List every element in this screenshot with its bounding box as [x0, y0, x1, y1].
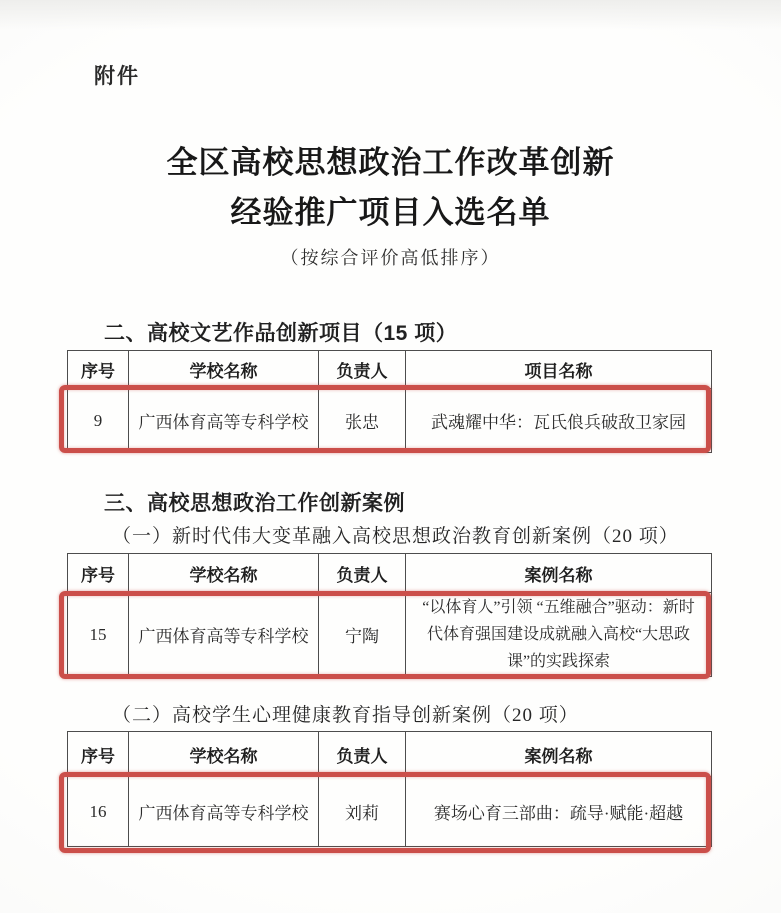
attachment-label: 附件 — [94, 60, 140, 90]
table-row: 9 广西体育高等专科学校 张忠 武魂耀中华：瓦氏俍兵破敌卫家园 — [68, 389, 712, 453]
subsection-2-heading: （二）高校学生心理健康教育指导创新案例（20 项） — [112, 700, 579, 727]
cell-serial: 15 — [68, 593, 129, 677]
table-header-row: 序号 学校名称 负责人 项目名称 — [68, 351, 712, 389]
cell-school: 广西体育高等专科学校 — [129, 389, 319, 453]
cell-person: 宁陶 — [319, 593, 406, 677]
cell-person: 张忠 — [319, 389, 406, 453]
col-header-serial: 序号 — [68, 554, 129, 593]
col-header-school: 学校名称 — [129, 732, 319, 777]
mental-health-cases-table: 序号 学校名称 负责人 案例名称 16 广西体育高等专科学校 刘莉 赛场心育三部… — [67, 731, 712, 847]
table-row: 15 广西体育高等专科学校 宁陶 “以体育人”引领 “五维融合”驱动：新时代体育… — [68, 593, 712, 677]
table-header-row: 序号 学校名称 负责人 案例名称 — [68, 554, 712, 593]
col-header-person: 负责人 — [319, 732, 406, 777]
cell-school: 广西体育高等专科学校 — [129, 777, 319, 847]
document-page: 附件 全区高校思想政治工作改革创新 经验推广项目入选名单 （按综合评价高低排序）… — [0, 0, 781, 913]
col-header-school: 学校名称 — [129, 554, 319, 593]
arts-projects-table: 序号 学校名称 负责人 项目名称 9 广西体育高等专科学校 张忠 武魂耀中华：瓦… — [67, 350, 712, 453]
cell-serial: 16 — [68, 777, 129, 847]
col-header-person: 负责人 — [319, 351, 406, 389]
great-change-cases-table: 序号 学校名称 负责人 案例名称 15 广西体育高等专科学校 宁陶 “以体育人”… — [67, 553, 712, 677]
col-header-case-name: 案例名称 — [406, 554, 712, 593]
cell-school: 广西体育高等专科学校 — [129, 593, 319, 677]
col-header-case-name: 案例名称 — [406, 732, 712, 777]
subsection-1-heading: （一）新时代伟大变革融入高校思想政治教育创新案例（20 项） — [112, 521, 679, 548]
document-title-line-2: 经验推广项目入选名单 — [0, 188, 781, 238]
cell-serial: 9 — [68, 389, 129, 453]
cell-case-name: “以体育人”引领 “五维融合”驱动：新时代体育强国建设成就融入高校“大思政课”的… — [406, 593, 712, 677]
section-2-heading: 二、高校文艺作品创新项目（15 项） — [104, 317, 457, 347]
cell-project-name: 武魂耀中华：瓦氏俍兵破敌卫家园 — [406, 389, 712, 453]
cell-case-name: 赛场心育三部曲：疏导·赋能·超越 — [406, 777, 712, 847]
col-header-serial: 序号 — [68, 732, 129, 777]
col-header-serial: 序号 — [68, 351, 129, 389]
col-header-school: 学校名称 — [129, 351, 319, 389]
col-header-person: 负责人 — [319, 554, 406, 593]
document-title: 全区高校思想政治工作改革创新 经验推广项目入选名单 — [0, 138, 781, 238]
sort-order-note: （按综合评价高低排序） — [0, 244, 781, 270]
table-row: 16 广西体育高等专科学校 刘莉 赛场心育三部曲：疏导·赋能·超越 — [68, 777, 712, 847]
col-header-project-name: 项目名称 — [406, 351, 712, 389]
document-title-line-1: 全区高校思想政治工作改革创新 — [0, 138, 781, 188]
cell-person: 刘莉 — [319, 777, 406, 847]
table-header-row: 序号 学校名称 负责人 案例名称 — [68, 732, 712, 777]
section-3-heading: 三、高校思想政治工作创新案例 — [104, 487, 405, 517]
